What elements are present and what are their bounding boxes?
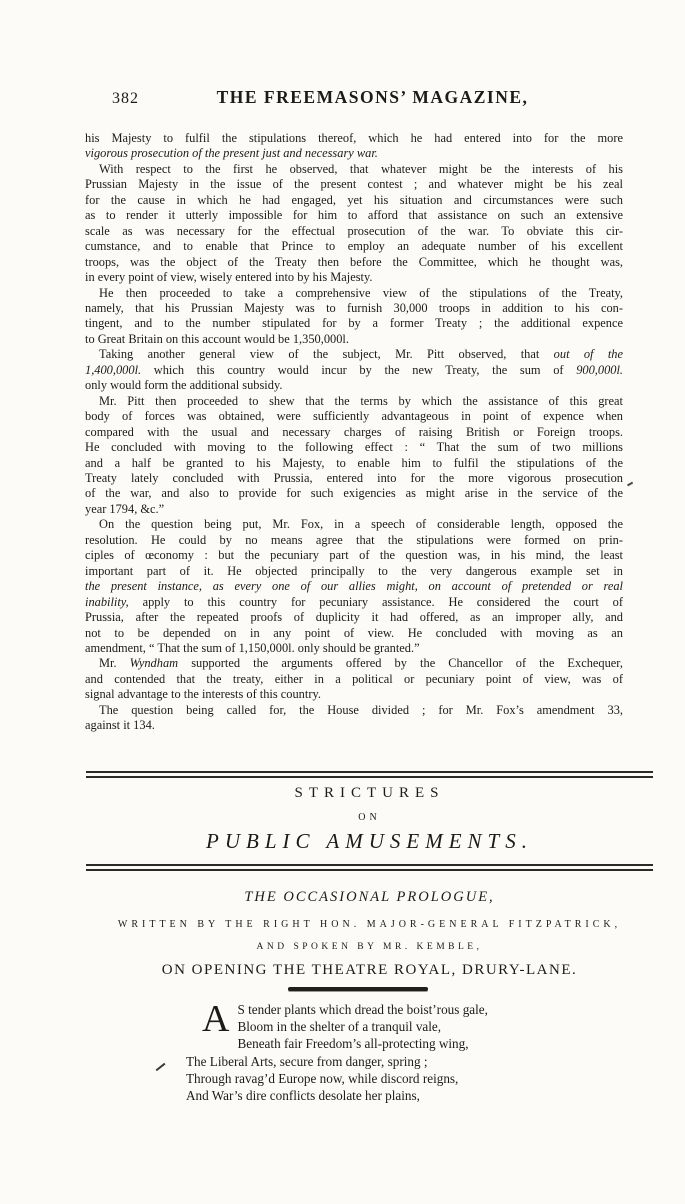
paragraph: Mr. Wyndham supported the arguments offe… — [85, 656, 623, 702]
text-line: signal advantage to the interests of thi… — [85, 687, 623, 702]
paragraph: He then proceeded to take a comprehensiv… — [85, 286, 623, 348]
text-line: Prussian Majesty in the issue of the pre… — [85, 177, 623, 192]
prologue-heading: THE OCCASIONAL PROLOGUE, WRITTEN BY THE … — [86, 889, 653, 979]
text-line: 1,400,000l. which this country would inc… — [85, 363, 623, 378]
magazine-title: THE FREEMASONS’ MAGAZINE, — [60, 87, 685, 108]
text-line: vigorous prosecution of the present just… — [85, 146, 623, 161]
text-line: the present instance, as every one of ou… — [85, 579, 623, 594]
text-line: compared with the usual and necessary ch… — [85, 425, 623, 440]
text-line: only would form the additional subsidy. — [85, 378, 623, 393]
text-line: Prussia, after the repeated proofs of du… — [85, 610, 623, 625]
prologue-title: THE OCCASIONAL PROLOGUE, — [86, 889, 653, 905]
poem-line: And War’s dire conflicts desolate her pl… — [186, 1087, 606, 1104]
strictures-on-line: ON — [86, 812, 653, 824]
prologue-poem: A S tender plants which dread the boist’… — [186, 1001, 606, 1104]
prologue-spoken-by: AND SPOKEN BY MR. KEMBLE, — [86, 942, 653, 953]
text-line: not to be depended on in any point of vi… — [85, 626, 623, 641]
paragraph: With respect to the first he observed, t… — [85, 162, 623, 286]
text-line: Treaty lately concluded with Prussia, en… — [85, 471, 623, 486]
poem-line: The Liberal Arts, secure from danger, sp… — [186, 1053, 606, 1070]
poem-line: Bloom in the shelter of a tranquil vale, — [186, 1018, 606, 1035]
text-line: body of forces was obtained, were suffic… — [85, 409, 623, 424]
paragraph: his Majesty to fulfil the stipulations t… — [85, 131, 623, 162]
text-line: and a half be granted to his Majesty, to… — [85, 456, 623, 471]
text-line: Mr. Wyndham supported the arguments offe… — [85, 656, 623, 671]
text-line: cumstance, and to enable that Prince to … — [85, 239, 623, 254]
article-body: his Majesty to fulfil the stipulations t… — [85, 131, 623, 734]
text-line: namely, that his Prussian Majesty was to… — [85, 301, 623, 316]
scan-artifact-tick — [627, 482, 633, 486]
text-line: troops, was the object of the Treaty the… — [85, 255, 623, 270]
text-line: to Great Britain on this account would b… — [85, 332, 623, 347]
text-line: his Majesty to fulfil the stipulations t… — [85, 131, 623, 146]
text-line: against it 134. — [85, 718, 623, 733]
text-line: and contended that the treaty, either in… — [85, 672, 623, 687]
section-divider-rule-top — [86, 771, 653, 778]
prologue-written-by: WRITTEN BY THE RIGHT HON. MAJOR-GENERAL … — [86, 919, 653, 931]
text-line: for the cause in which he had engaged, y… — [85, 193, 623, 208]
strictures-title-line: STRICTURES — [86, 785, 653, 801]
section-divider-rule-bottom — [86, 864, 653, 871]
text-line: inability, apply to this country for pec… — [85, 595, 623, 610]
text-line: On the question being put, Mr. Fox, in a… — [85, 517, 623, 532]
poem-line: Through ravag’d Europe now, while discor… — [186, 1070, 606, 1087]
drop-cap: A — [202, 1003, 229, 1036]
text-line: With respect to the first he observed, t… — [85, 162, 623, 177]
text-line: year 1794, &c.” — [85, 502, 623, 517]
text-line: amendment, “ That the sum of 1,150,000l.… — [85, 641, 623, 656]
ornament-rule — [288, 987, 428, 991]
poem-line: S tender plants which dread the boist’ro… — [186, 1001, 606, 1018]
text-line: scale as was necessary for the effectual… — [85, 224, 623, 239]
text-line: of the war, and also to provide for such… — [85, 486, 623, 501]
strictures-subject-line: PUBLIC AMUSEMENTS. — [86, 829, 653, 853]
text-line: tingent, and to the number stipulated fo… — [85, 316, 623, 331]
scan-artifact-slash — [156, 1063, 166, 1071]
text-line: as to render it utterly impossible for h… — [85, 208, 623, 223]
paragraph: Taking another general view of the subje… — [85, 347, 623, 393]
text-line: He then proceeded to take a comprehensiv… — [85, 286, 623, 301]
text-line: Mr. Pitt then proceeded to shew that the… — [85, 394, 623, 409]
paragraph: Mr. Pitt then proceeded to shew that the… — [85, 394, 623, 518]
text-line: He concluded with moving to the followin… — [85, 440, 623, 455]
prologue-occasion: ON OPENING THE THEATRE ROYAL, DRURY-LANE… — [86, 962, 653, 979]
text-line: in every point of view, wisely entered i… — [85, 270, 623, 285]
poem-line: Beneath fair Freedom’s all-protecting wi… — [186, 1035, 606, 1052]
text-line: ciples of œconomy : but the pecuniary pa… — [85, 548, 623, 563]
paragraph: The question being called for, the House… — [85, 703, 623, 734]
text-line: resolution. He could by no means agree t… — [85, 533, 623, 548]
paragraph: On the question being put, Mr. Fox, in a… — [85, 517, 623, 656]
text-line: The question being called for, the House… — [85, 703, 623, 718]
text-line: Taking another general view of the subje… — [85, 347, 623, 362]
scanned-magazine-page: 382 THE FREEMASONS’ MAGAZINE, his Majest… — [0, 0, 685, 1204]
text-line: important part of it. He objected princi… — [85, 564, 623, 579]
strictures-heading: STRICTURES ON PUBLIC AMUSEMENTS. — [86, 785, 653, 853]
